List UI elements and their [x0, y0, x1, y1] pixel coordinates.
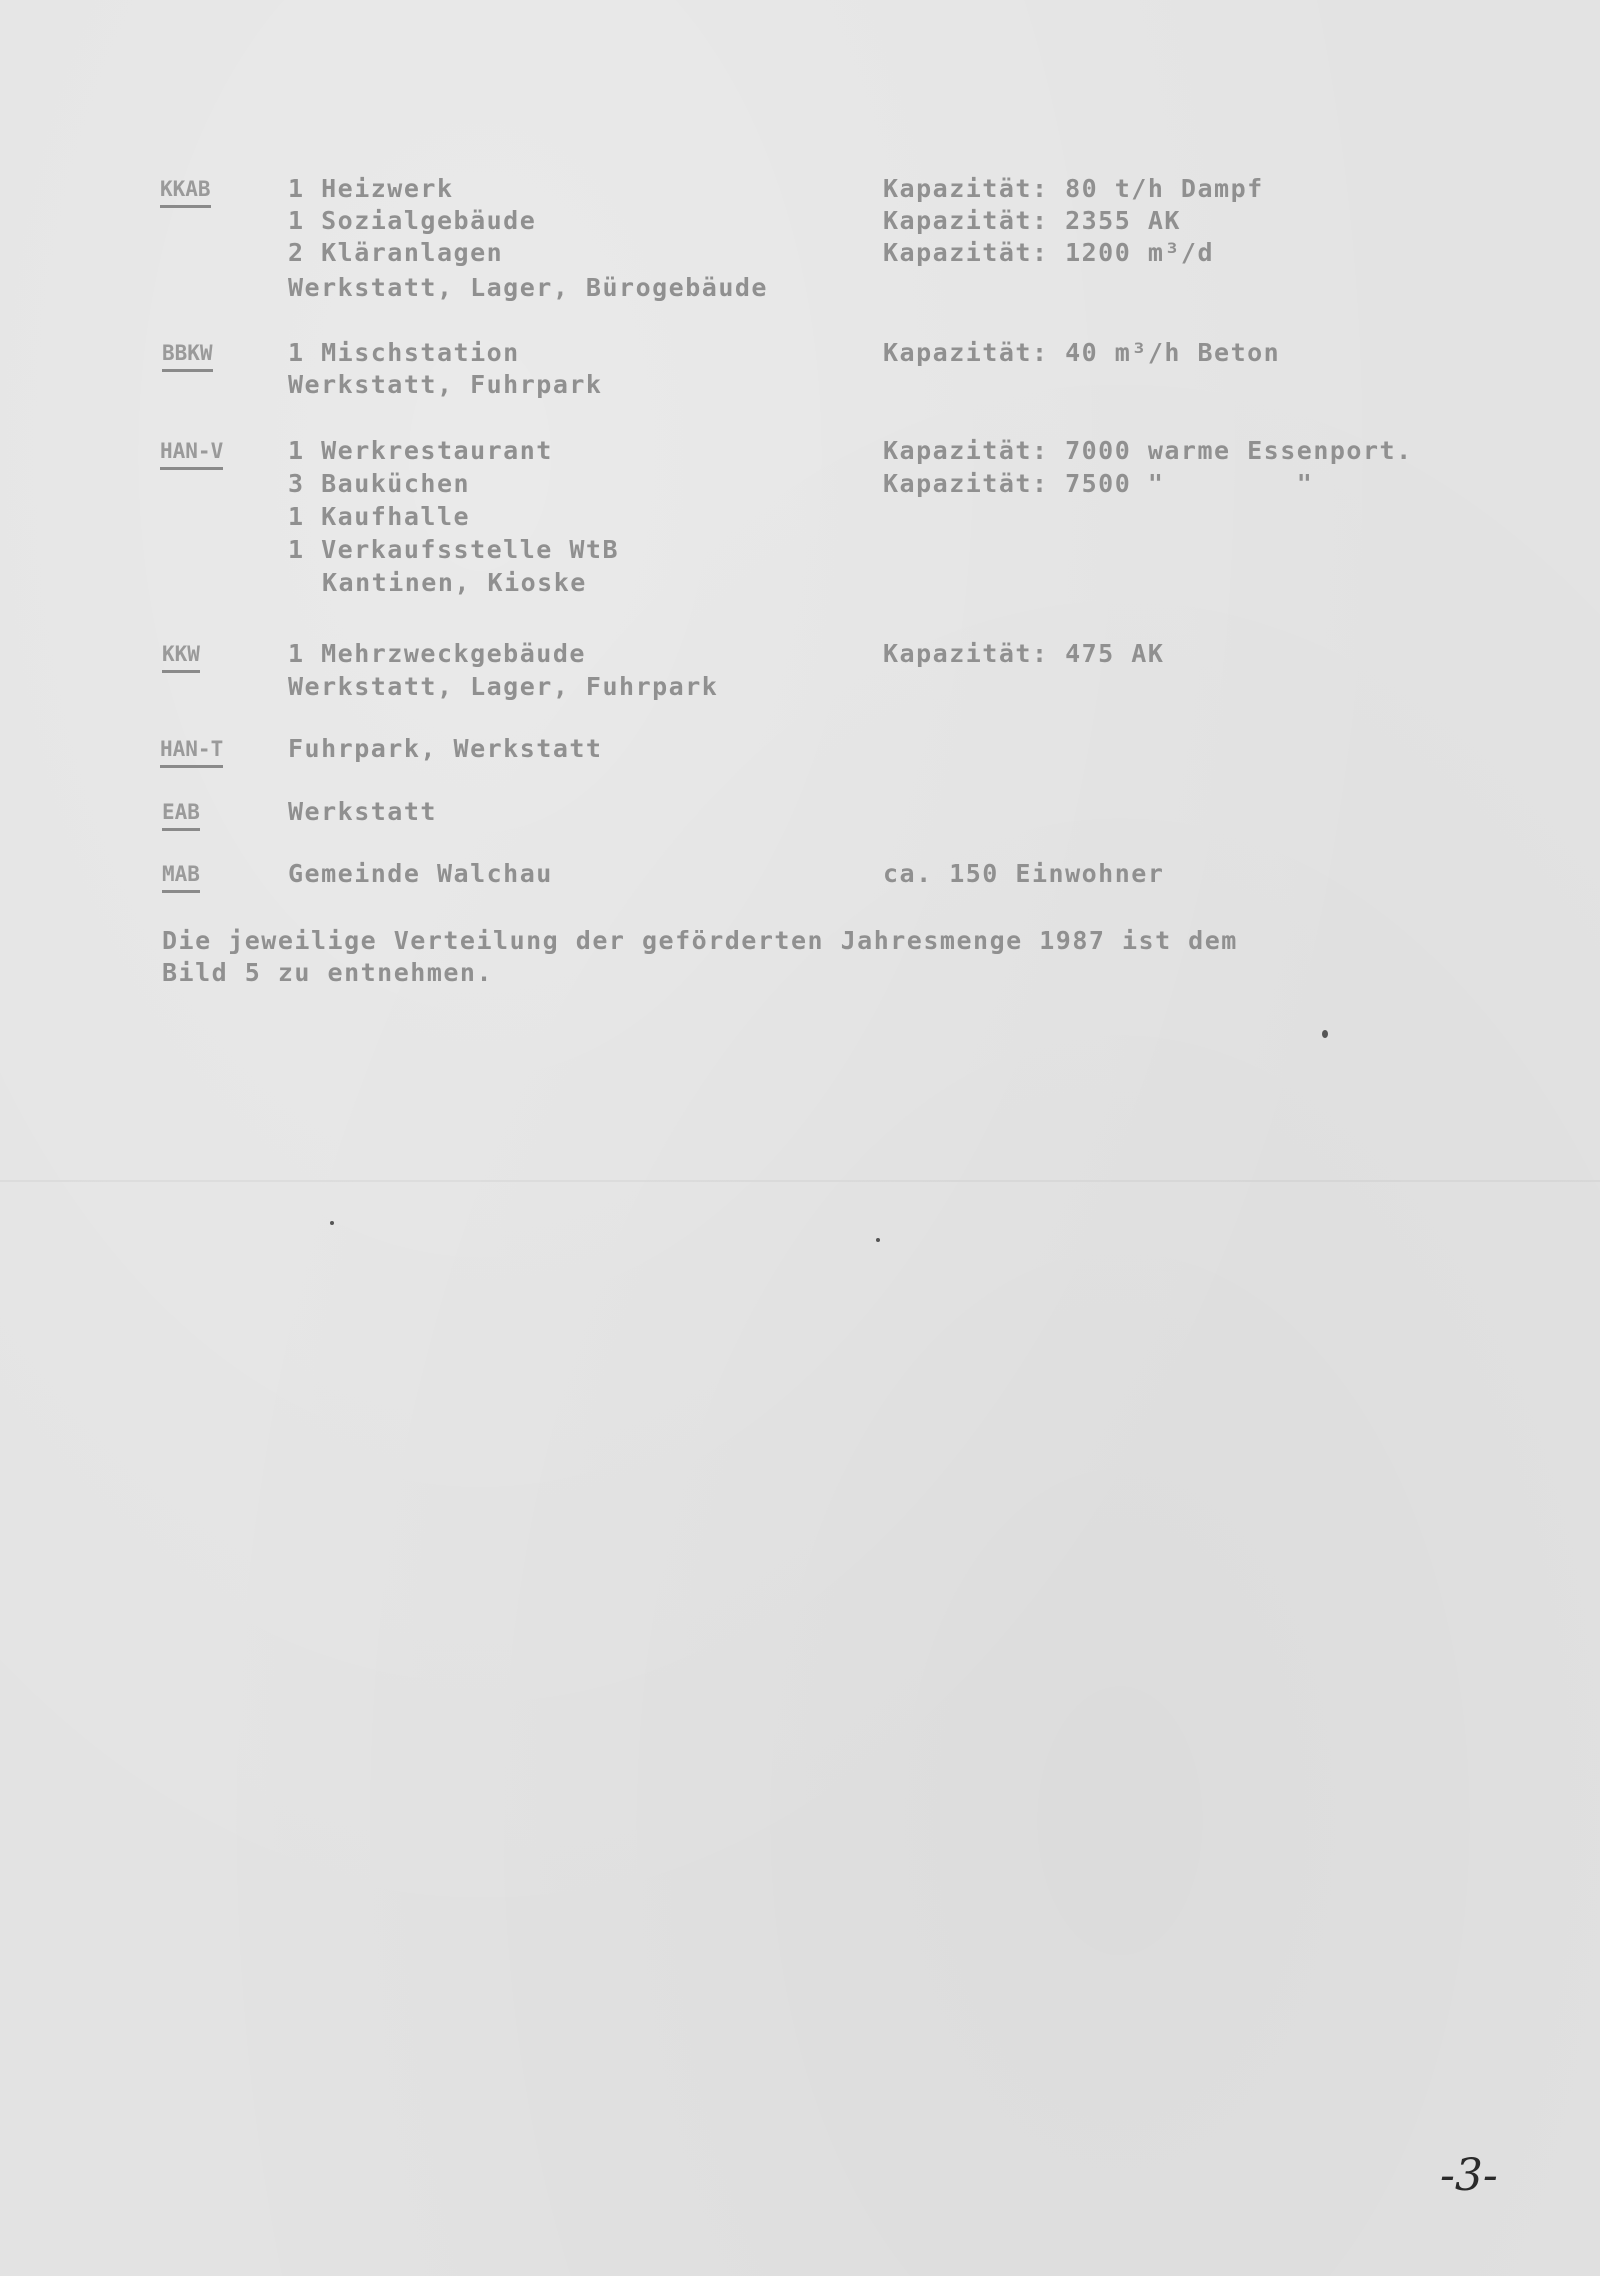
section-abbr-han-t: HAN-T [160, 733, 223, 768]
capacity: Kapazität: 7000 warme Essenport. [883, 435, 1413, 467]
section-abbr-kkw: KKW [162, 638, 200, 673]
page-number: -3- [1440, 2150, 1498, 2201]
section-abbr-mab: MAB [162, 858, 200, 893]
capacity: Kapazität: 80 t/h Dampf [883, 173, 1264, 205]
capacity: ca. 150 Einwohner [883, 858, 1164, 890]
item: Werkstatt [288, 796, 437, 828]
item: Werkstatt, Fuhrpark [288, 369, 602, 401]
item: 1 Sozialgebäude [288, 205, 536, 237]
item: Werkstatt, Lager, Fuhrpark [288, 671, 718, 703]
ink-speck [1322, 1030, 1328, 1038]
capacity: Kapazität: 7500 " " [883, 468, 1313, 500]
section-abbr-bbkw: BBKW [162, 337, 213, 372]
item: 1 Werkrestaurant [288, 435, 553, 467]
item: 1 Mischstation [288, 337, 520, 369]
item: 1 Heizwerk [288, 173, 454, 205]
item: Fuhrpark, Werkstatt [288, 733, 602, 765]
paper-background [0, 0, 1600, 2276]
item: 1 Mehrzweckgebäude [288, 638, 586, 670]
item: 1 Kaufhalle [288, 501, 470, 533]
item: Werkstatt, Lager, Bürogebäude [288, 272, 768, 304]
item: Gemeinde Walchau [288, 858, 553, 890]
section-abbr-han-v: HAN-V [160, 435, 223, 470]
closing-text-line: Die jeweilige Verteilung der geförderten… [162, 925, 1238, 957]
capacity: Kapazität: 1200 m³/d [883, 237, 1214, 269]
item: 2 Kläranlagen [288, 237, 503, 269]
capacity: Kapazität: 2355 AK [883, 205, 1181, 237]
section-abbr-eab: EAB [162, 796, 200, 831]
capacity: Kapazität: 475 AK [883, 638, 1164, 670]
item: Kantinen, Kioske [322, 567, 587, 599]
item: 3 Bauküchen [288, 468, 470, 500]
paper-fold [0, 1180, 1600, 1182]
capacity: Kapazität: 40 m³/h Beton [883, 337, 1280, 369]
item: 1 Verkaufsstelle WtB [288, 534, 619, 566]
section-abbr-kkab: KKAB [160, 173, 211, 208]
ink-speck [876, 1238, 880, 1242]
closing-text-line: Bild 5 zu entnehmen. [162, 957, 493, 989]
ink-speck [330, 1221, 334, 1225]
